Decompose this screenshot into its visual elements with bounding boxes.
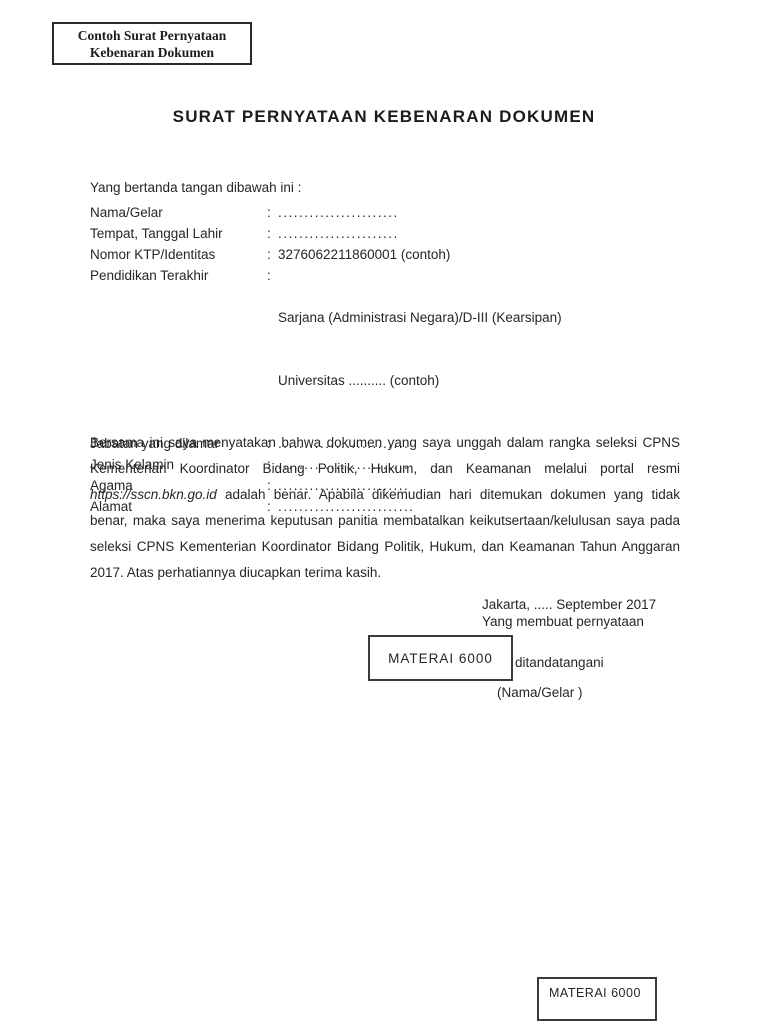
sscn-url: https://sscn.bkn.go.id	[90, 487, 217, 502]
corner-label-line2: Kebenaran Dokumen	[54, 44, 250, 61]
field-colon: :	[267, 223, 278, 244]
field-colon: :	[267, 265, 278, 286]
field-colon: :	[267, 244, 278, 265]
field-value: .......................	[278, 223, 399, 244]
signature-role-line: Yang membuat pernyataan	[482, 614, 656, 631]
signature-place-date: Jakarta, ..... September 2017	[482, 597, 656, 614]
field-label: Nomor KTP/Identitas	[90, 244, 267, 265]
field-row-nama: Nama/Gelar : .......................	[90, 202, 562, 223]
signature-name-placeholder: (Nama/Gelar )	[497, 685, 583, 700]
field-label: Tempat, Tanggal Lahir	[90, 223, 267, 244]
field-row-nomor-ktp: Nomor KTP/Identitas : 3276062211860001 (…	[90, 244, 562, 265]
field-value-line1: Sarjana (Administrasi Negara)/D-III (Kea…	[278, 307, 562, 328]
field-label: Pendidikan Terakhir	[90, 265, 267, 286]
field-label: Nama/Gelar	[90, 202, 267, 223]
field-value-line2: Universitas .......... (contoh)	[278, 370, 562, 391]
document-title: SURAT PERNYATAAN KEBENARAN DOKUMEN	[0, 107, 768, 127]
signature-block: Jakarta, ..... September 2017 Yang membu…	[482, 597, 656, 630]
footer-materai-stamp-box: MATERAI 6000	[537, 977, 657, 1021]
corner-label-box: Contoh Surat Pernyataan Kebenaran Dokume…	[52, 22, 252, 65]
intro-line: Yang bertanda tangan dibawah ini :	[90, 180, 301, 195]
document-page: Contoh Surat Pernyataan Kebenaran Dokume…	[0, 0, 768, 1024]
field-row-tempat-tanggal-lahir: Tempat, Tanggal Lahir : ................…	[90, 223, 562, 244]
field-value: Sarjana (Administrasi Negara)/D-III (Kea…	[278, 265, 562, 433]
materai-stamp-box: MATERAI 6000	[368, 635, 513, 681]
field-row-pendidikan: Pendidikan Terakhir : Sarjana (Administr…	[90, 265, 562, 433]
signature-note: ditandatangani	[515, 655, 604, 670]
corner-label-line1: Contoh Surat Pernyataan	[54, 27, 250, 44]
field-colon: :	[267, 202, 278, 223]
statement-text-before-link: Bersama ini saya menyatakan bahwa dokume…	[90, 435, 680, 476]
footer-materai-stamp-label: MATERAI 6000	[549, 986, 641, 1000]
statement-paragraph: Bersama ini saya menyatakan bahwa dokume…	[90, 430, 680, 586]
field-value: 3276062211860001 (contoh)	[278, 244, 450, 265]
field-value: .......................	[278, 202, 399, 223]
materai-stamp-label: MATERAI 6000	[388, 651, 493, 666]
